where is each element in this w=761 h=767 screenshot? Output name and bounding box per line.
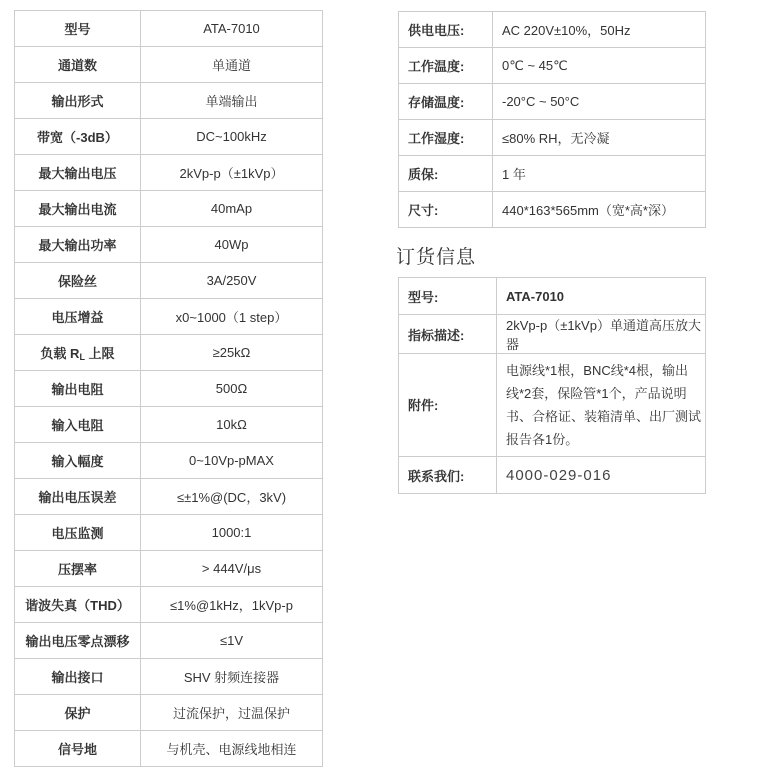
row-label: 工作温度: (399, 48, 493, 84)
row-value: AC 220V±10%，50Hz (493, 12, 706, 48)
table-row: 通道数单通道 (15, 47, 323, 83)
table-row: 最大输出电压2kVp-p（±1kVp） (15, 155, 323, 191)
spec-table: 型号ATA-7010通道数单通道输出形式单端输出带宽（-3dB）DC~100kH… (14, 10, 323, 767)
row-value: ATA-7010 (497, 278, 706, 315)
table-row: 工作湿度:≤80% RH，无冷凝 (399, 120, 706, 156)
row-label: 输入幅度 (15, 443, 141, 479)
row-label: 最大输出功率 (15, 227, 141, 263)
row-label: 输入电阻 (15, 407, 141, 443)
row-value: 单端输出 (141, 83, 323, 119)
row-label: 电压增益 (15, 299, 141, 335)
table-row: 最大输出电流40mAp (15, 191, 323, 227)
table-row: 保险丝3A/250V (15, 263, 323, 299)
table-row: 输出电压零点漂移≤1V (15, 623, 323, 659)
row-value: -20°C ~ 50°C (493, 84, 706, 120)
row-value: 单通道 (141, 47, 323, 83)
table-row: 输出电压误差≤±1%@(DC，3kV) (15, 479, 323, 515)
row-label: 尺寸: (399, 192, 493, 228)
row-value: 电源线*1根，BNC线*4根，输出线*2套，保险管*1个，产品说明书、合格证、装… (497, 354, 706, 457)
row-label: 输出电阻 (15, 371, 141, 407)
row-value: DC~100kHz (141, 119, 323, 155)
row-label: 最大输出电流 (15, 191, 141, 227)
table-row: 输出形式单端输出 (15, 83, 323, 119)
row-value: ≤1%@1kHz，1kVp-p (141, 587, 323, 623)
table-row: 附件:电源线*1根，BNC线*4根，输出线*2套，保险管*1个，产品说明书、合格… (399, 354, 706, 457)
row-value: > 444V/μs (141, 551, 323, 587)
row-value: 2kVp-p（±1kVp）单通道高压放大器 (497, 315, 706, 354)
env-table: 供电电压:AC 220V±10%，50Hz工作温度:0℃ ~ 45℃存储温度:-… (398, 11, 706, 228)
row-label: 输出形式 (15, 83, 141, 119)
row-label: 保护 (15, 695, 141, 731)
row-value: 过流保护，过温保护 (141, 695, 323, 731)
row-label: 谐波失真（THD） (15, 587, 141, 623)
table-row: 型号ATA-7010 (15, 11, 323, 47)
row-label: 通道数 (15, 47, 141, 83)
row-value: 40mAp (141, 191, 323, 227)
row-value: 500Ω (141, 371, 323, 407)
table-row: 工作温度:0℃ ~ 45℃ (399, 48, 706, 84)
table-row: 电压监测1000:1 (15, 515, 323, 551)
row-label: 保险丝 (15, 263, 141, 299)
row-value: 1000:1 (141, 515, 323, 551)
row-label: 输出电压零点漂移 (15, 623, 141, 659)
table-row: 尺寸:440*163*565mm（宽*高*深） (399, 192, 706, 228)
row-value: 10kΩ (141, 407, 323, 443)
row-value: 3A/250V (141, 263, 323, 299)
table-row: 存储温度:-20°C ~ 50°C (399, 84, 706, 120)
row-label: 附件: (399, 354, 497, 457)
table-row: 联系我们:4000-029-016 (399, 457, 706, 494)
table-row: 信号地与机壳、电源线地相连 (15, 731, 323, 767)
table-row: 谐波失真（THD）≤1%@1kHz，1kVp-p (15, 587, 323, 623)
label-text: 负载 R (40, 346, 79, 361)
row-label: 质保: (399, 156, 493, 192)
row-label: 压摆率 (15, 551, 141, 587)
row-value: 与机壳、电源线地相连 (141, 731, 323, 767)
row-label: 供电电压: (399, 12, 493, 48)
row-value: 40Wp (141, 227, 323, 263)
row-value: ≥25kΩ (141, 335, 323, 371)
table-row: 输出接口SHV 射频连接器 (15, 659, 323, 695)
row-value: 4000-029-016 (497, 457, 706, 494)
table-row: 输出电阻500Ω (15, 371, 323, 407)
row-label: 带宽（-3dB） (15, 119, 141, 155)
row-value: 440*163*565mm（宽*高*深） (493, 192, 706, 228)
row-value: 0℃ ~ 45℃ (493, 48, 706, 84)
table-row: 供电电压:AC 220V±10%，50Hz (399, 12, 706, 48)
row-value: x0~1000（1 step） (141, 299, 323, 335)
row-value: ATA-7010 (141, 11, 323, 47)
table-row: 质保:1 年 (399, 156, 706, 192)
row-label: 型号 (15, 11, 141, 47)
row-label: 负载 RL 上限 (15, 335, 141, 371)
row-value: ≤±1%@(DC，3kV) (141, 479, 323, 515)
row-value: 0~10Vp-pMAX (141, 443, 323, 479)
row-value: SHV 射频连接器 (141, 659, 323, 695)
table-row: 负载 RL 上限≥25kΩ (15, 335, 323, 371)
table-row: 输入幅度0~10Vp-pMAX (15, 443, 323, 479)
table-row: 输入电阻10kΩ (15, 407, 323, 443)
table-row: 电压增益x0~1000（1 step） (15, 299, 323, 335)
row-label: 电压监测 (15, 515, 141, 551)
order-table: 型号:ATA-7010指标描述:2kVp-p（±1kVp）单通道高压放大器附件:… (398, 277, 706, 494)
row-label: 工作湿度: (399, 120, 493, 156)
row-label: 指标描述: (399, 315, 497, 354)
table-row: 型号:ATA-7010 (399, 278, 706, 315)
row-value: 2kVp-p（±1kVp） (141, 155, 323, 191)
table-row: 最大输出功率40Wp (15, 227, 323, 263)
row-label: 信号地 (15, 731, 141, 767)
table-row: 保护过流保护，过温保护 (15, 695, 323, 731)
row-label: 型号: (399, 278, 497, 315)
label-text: 上限 (85, 346, 115, 361)
row-value: 1 年 (493, 156, 706, 192)
row-value: ≤1V (141, 623, 323, 659)
order-info-heading: 订货信息 (396, 242, 476, 269)
row-label: 联系我们: (399, 457, 497, 494)
row-value: ≤80% RH，无冷凝 (493, 120, 706, 156)
row-label: 输出电压误差 (15, 479, 141, 515)
row-label: 输出接口 (15, 659, 141, 695)
row-label: 最大输出电压 (15, 155, 141, 191)
table-row: 压摆率> 444V/μs (15, 551, 323, 587)
row-label: 存储温度: (399, 84, 493, 120)
table-row: 指标描述:2kVp-p（±1kVp）单通道高压放大器 (399, 315, 706, 354)
table-row: 带宽（-3dB）DC~100kHz (15, 119, 323, 155)
